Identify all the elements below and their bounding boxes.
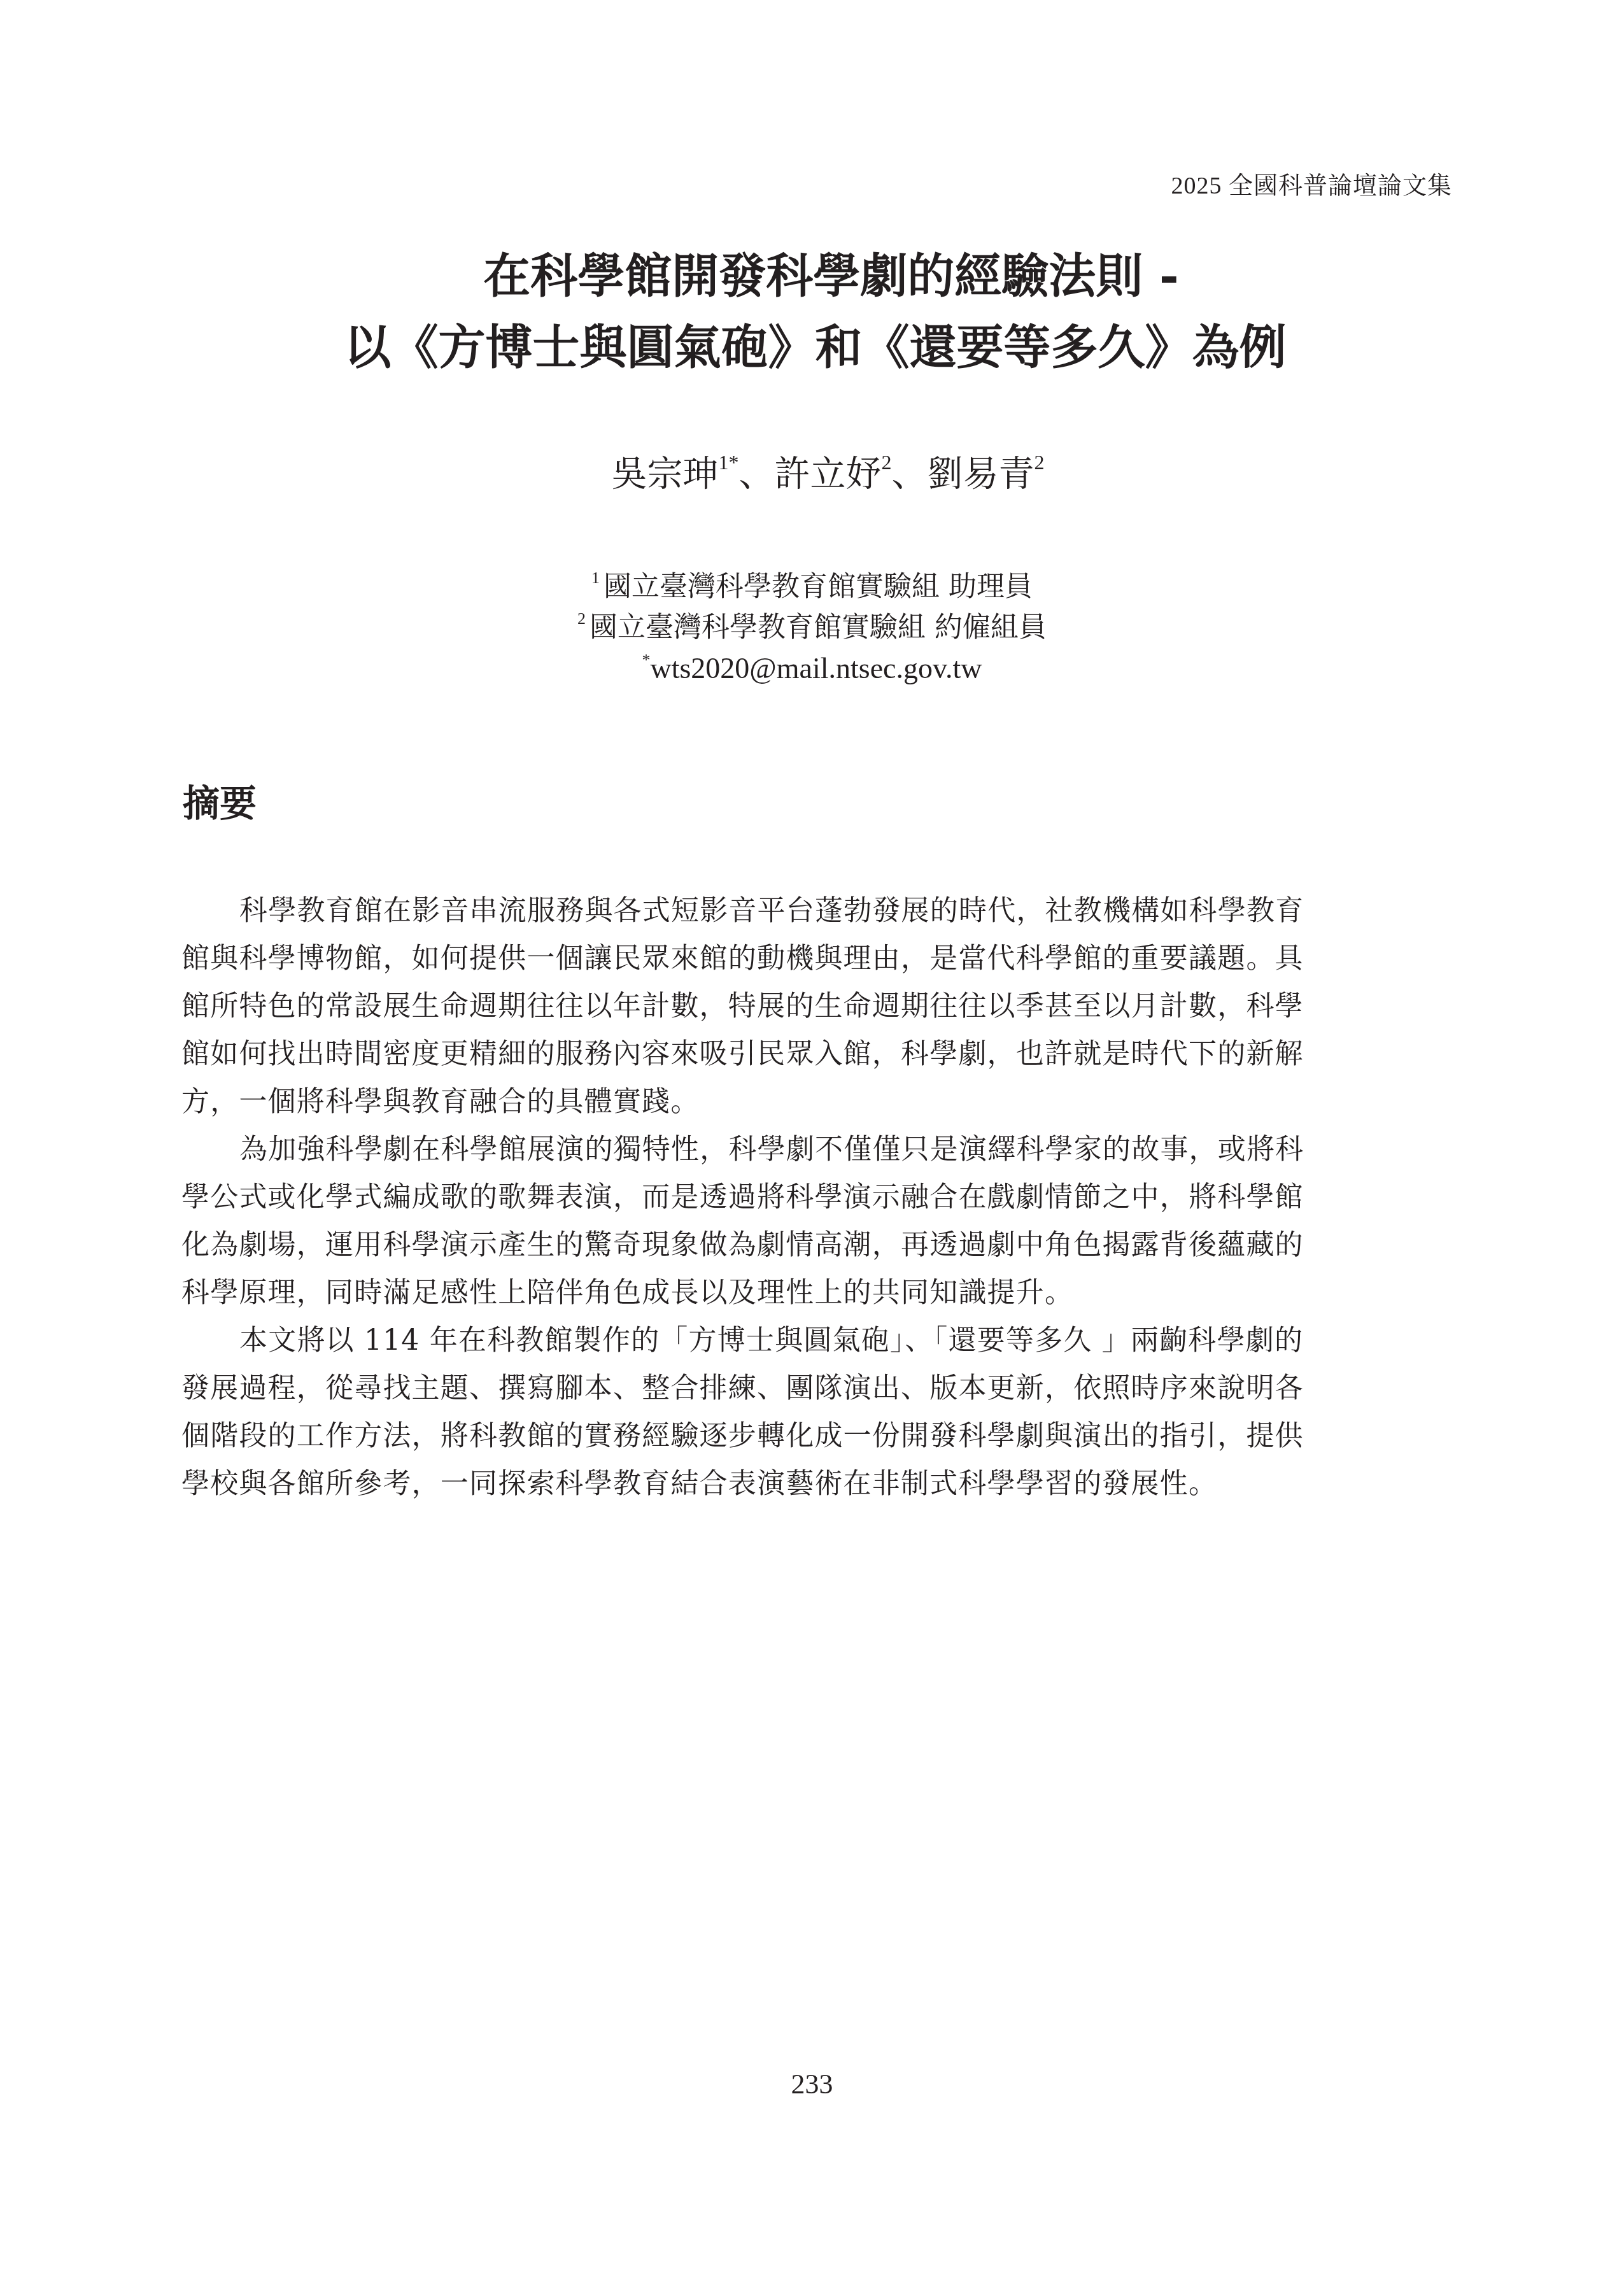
affiliation-line: 1國立臺灣科學教育館實驗組 助理員 [0,567,1624,607]
author-affiliation-mark: 2 [1034,451,1045,474]
contact-email-line: *wts2020@mail.ntsec.gov.tw [0,648,1624,689]
affiliation-text: 國立臺灣科學教育館實驗組 約僱組員 [590,611,1047,644]
author-separator: 、 [739,453,775,495]
text-line: 館如何找出時間密度更精細的服務內容來吸引民眾入館，科學劇，也許就是時代下的新解 [181,1030,1451,1078]
contact-email[interactable]: wts2020@mail.ntsec.gov.tw [650,652,982,684]
affiliations: 1國立臺灣科學教育館實驗組 助理員 2國立臺灣科學教育館實驗組 約僱組員 *wt… [0,567,1624,689]
text-line: 館與科學博物館，如何提供一個讓民眾來館的動機與理由，是當代科學館的重要議題。具 [181,935,1451,982]
text-line: 個階段的工作方法，將科教館的實務經驗逐步轉化成一份開發科學劇與演出的指引，提供 [181,1412,1451,1460]
author-name: 劉易青 [928,453,1034,495]
title-line-2: 以《方博士與圓氣砲》和《還要等多久》為例 [0,312,1624,383]
title-line-1: 在科學館開發科學劇的經驗法則 - [0,241,1624,312]
author-separator: 、 [892,453,928,495]
author-list: 吳宗珅1*、許立妤2、劉易青2 [0,449,1624,500]
abstract-body: 科學教育館在影音串流服務與各式短影音平台蓬勃發展的時代，社教機構如科學教育 館與… [181,887,1451,1508]
text-line: 方，一個將科學與教育融合的具體實踐。 [181,1078,1451,1126]
text-line: 科學原理，同時滿足感性上陪伴角色成長以及理性上的共同知識提升。 [181,1269,1451,1317]
text-line: 本文將以 114 年在科教館製作的「方博士與圓氣砲」、「還要等多久 」兩齣科學劇… [181,1317,1451,1364]
text-line: 館所特色的常設展生命週期往往以年計數，特展的生命週期往往以季甚至以月計數，科學 [181,982,1451,1030]
text-line: 學校與各館所參考，一同探索科學教育結合表演藝術在非制式科學學習的發展性。 [181,1460,1451,1508]
page-number: 233 [0,2068,1624,2101]
running-header: 2025 全國科普論壇論文集 [1171,171,1452,201]
paper-title: 在科學館開發科學劇的經驗法則 - 以《方博士與圓氣砲》和《還要等多久》為例 [0,241,1624,383]
abstract-paragraph-1: 科學教育館在影音串流服務與各式短影音平台蓬勃發展的時代，社教機構如科學教育 館與… [181,887,1451,1126]
affiliation-mark: 1 [591,569,600,587]
text-line: 化為劇場，運用科學演示產生的驚奇現象做為劇情高潮，再透過劇中角色揭露背後蘊藏的 [181,1221,1451,1269]
author-affiliation-mark: 1* [719,451,739,474]
text-line: 科學教育館在影音串流服務與各式短影音平台蓬勃發展的時代，社教機構如科學教育 [181,887,1451,935]
corresponding-mark: * [642,651,650,669]
author-name: 許立妤 [775,453,882,495]
text-line: 為加強科學劇在科學館展演的獨特性，科學劇不僅僅只是演繹科學家的故事，或將科 [181,1126,1451,1173]
affiliation-mark: 2 [577,609,586,628]
abstract-paragraph-2: 為加強科學劇在科學館展演的獨特性，科學劇不僅僅只是演繹科學家的故事，或將科 學公… [181,1126,1451,1317]
affiliation-line: 2國立臺灣科學教育館實驗組 約僱組員 [0,607,1624,648]
affiliation-text: 國立臺灣科學教育館實驗組 助理員 [604,570,1033,603]
text-line: 發展過程，從尋找主題、撰寫腳本、整合排練、團隊演出、版本更新，依照時序來說明各 [181,1364,1451,1412]
text-line: 學公式或化學式編成歌的歌舞表演，而是透過將科學演示融合在戲劇情節之中，將科學館 [181,1173,1451,1221]
abstract-heading: 摘要 [183,778,257,829]
abstract-paragraph-3: 本文將以 114 年在科教館製作的「方博士與圓氣砲」、「還要等多久 」兩齣科學劇… [181,1317,1451,1508]
author-name: 吳宗珅 [612,453,719,495]
author-affiliation-mark: 2 [882,451,892,474]
